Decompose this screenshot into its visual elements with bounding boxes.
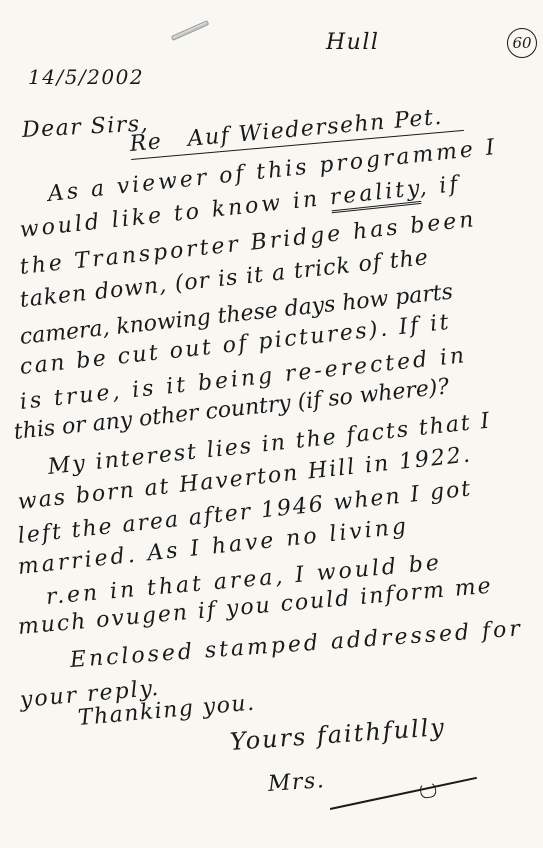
subject-prefix: Re bbox=[129, 129, 164, 157]
page-number: 60 bbox=[507, 28, 537, 58]
place: Hull bbox=[326, 30, 379, 55]
signature-title: Mrs. bbox=[267, 768, 326, 797]
date: 14/5/2002 bbox=[28, 65, 144, 89]
